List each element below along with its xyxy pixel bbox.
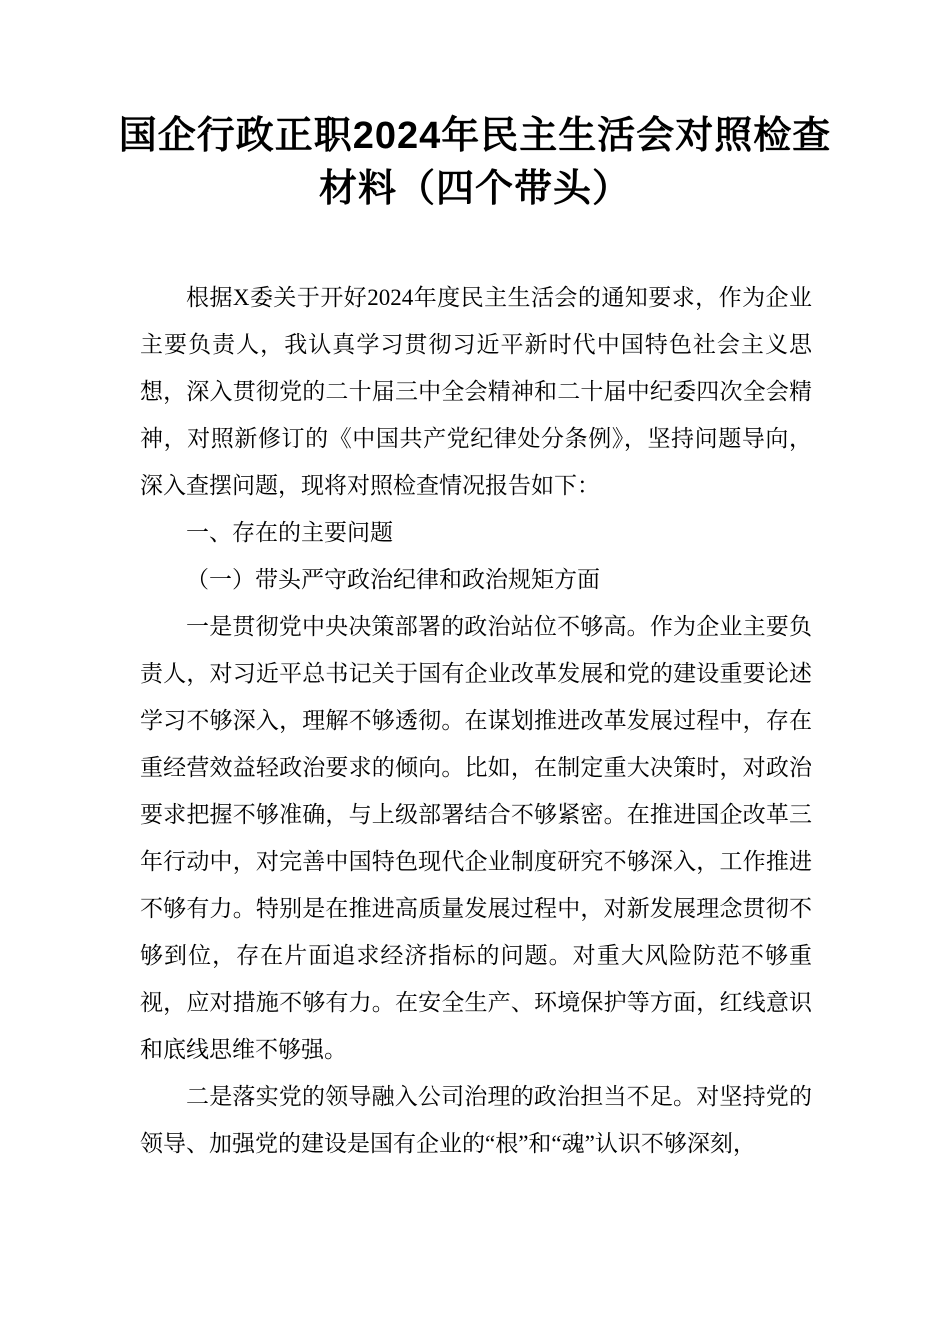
paragraph-heading-1: 一、存在的主要问题 bbox=[140, 509, 812, 556]
paragraph-body: 二是落实党的领导融入公司治理的政治担当不足。对坚持党的领导、加强党的建设是国有企… bbox=[140, 1073, 812, 1167]
paragraph-heading-2: （一）带头严守政治纪律和政治规矩方面 bbox=[140, 556, 812, 603]
paragraph-body: 根据X委关于开好2024年度民主生活会的通知要求，作为企业主要负责人，我认真学习… bbox=[140, 274, 812, 509]
document-page: 国企行政正职2024年民主生活会对照检查 材料（四个带头） 根据X委关于开好20… bbox=[0, 0, 950, 1344]
document-title-line-1: 国企行政正职2024年民主生活会对照检查 bbox=[115, 110, 835, 163]
paragraph-body: 一是贯彻党中央决策部署的政治站位不够高。作为企业主要负责人，对习近平总书记关于国… bbox=[140, 603, 812, 1073]
document-title: 国企行政正职2024年民主生活会对照检查 材料（四个带头） bbox=[115, 110, 835, 216]
document-title-line-2: 材料（四个带头） bbox=[115, 163, 835, 216]
document-body: 根据X委关于开好2024年度民主生活会的通知要求，作为企业主要负责人，我认真学习… bbox=[140, 274, 812, 1167]
